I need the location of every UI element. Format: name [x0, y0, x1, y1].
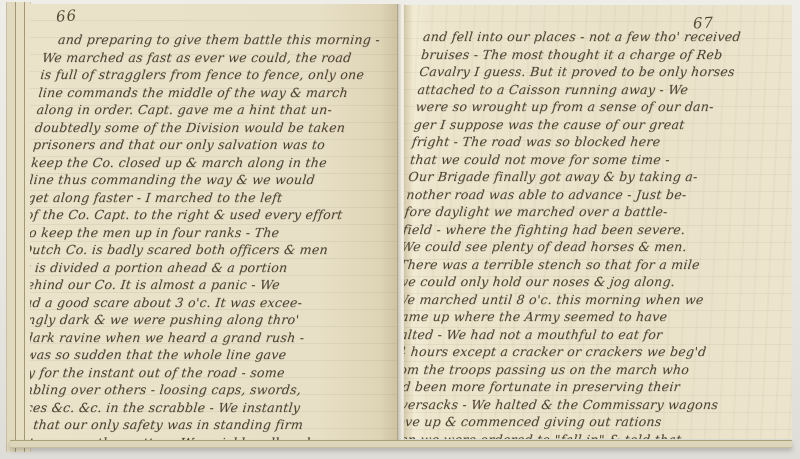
manuscript-line: pieces &c. &c. in the scrabble - We inst… — [30, 399, 342, 417]
manuscript-line: ger I suppose was the cause of our great — [413, 116, 749, 134]
manuscript-line: There was a terrible stench so that for … — [404, 256, 734, 274]
manuscript-line: Cavalry I guess. But it proved to be onl… — [418, 63, 754, 81]
manuscript-line: had been more fortunate in preserving th… — [404, 378, 721, 396]
manuscript-line: from the troops passing us on the march … — [404, 361, 723, 379]
manuscript-line: were so wrought up from a sense of our d… — [415, 98, 751, 116]
manuscript-line: along in order. Capt. gave me a hint tha… — [36, 101, 374, 119]
manuscript-line: It was so sudden that the whole line gav… — [30, 346, 348, 364]
right-page-text: and fell into our places - not a few tho… — [404, 28, 758, 439]
manuscript-line: tumbling over others - loosing caps, swo… — [30, 381, 344, 399]
manuscript-line: behind our Co. It is almost a panic - We — [30, 276, 355, 294]
left-page: 66 and preparing to give them battle thi… — [30, 4, 398, 440]
manuscript-line: 24 hours except a cracker or crackers we… — [404, 343, 725, 361]
book-leaf-edge — [16, 2, 25, 452]
manuscript-line: came up where the Army seemed to have — [404, 308, 728, 326]
manuscript-line: We marched until 8 o'c. this morning whe… — [404, 291, 730, 309]
manuscript-line: we could only hold our noses & jog along… — [404, 273, 732, 291]
manuscript-line: that we could not move for some time - — [409, 151, 745, 169]
right-page: 67 and fell into our places - not a few … — [404, 5, 792, 439]
manuscript-line: and preparing to give them battle this m… — [43, 31, 381, 49]
manuscript-line: haversacks - We halted & the Commissary … — [404, 396, 719, 414]
left-page-text: and preparing to give them battle this m… — [30, 31, 381, 440]
manuscript-line: way for the instant out of the road - so… — [30, 364, 346, 382]
manuscript-line: We marched as fast as ever we could, the… — [41, 49, 379, 67]
manuscript-line: to keep the men up in four ranks - The — [30, 224, 361, 242]
manuscript-line: line thus commanding the way & we would — [30, 171, 366, 189]
manuscript-line: and fell into our places - not a few tho… — [422, 28, 758, 46]
manuscript-line: attached to a Caisson running away - We — [417, 81, 753, 99]
manuscript-line: drove up & commenced giving out rations — [404, 413, 717, 431]
diary-scan: 66 and preparing to give them battle thi… — [0, 0, 800, 459]
manuscript-line: Our Brigade finally got away & by taking… — [407, 168, 743, 186]
book-leaf-edge — [6, 2, 16, 452]
manuscript-line: It is divided a portion ahead & a portio… — [30, 259, 357, 277]
book-bottom-edge — [10, 440, 792, 448]
manuscript-line: a dark ravine when we heard a grand rush… — [30, 329, 350, 347]
manuscript-line: We could see plenty of dead horses & men… — [404, 238, 736, 256]
manuscript-line: is full of stragglers from fence to fenc… — [39, 66, 377, 84]
manuscript-line: prisoners and that our only salvation wa… — [32, 136, 370, 154]
manuscript-line: Dutch Co. is badly scared both officers … — [30, 241, 359, 259]
manuscript-line: halted - We had not a mouthful to eat fo… — [404, 326, 726, 344]
manuscript-line: bruises - The most thought it a charge o… — [420, 46, 756, 64]
manuscript-line: doubtedly some of the Division would be … — [34, 119, 372, 137]
manuscript-line: fright - The road was so blocked here — [411, 133, 747, 151]
left-page-number: 66 — [55, 6, 77, 25]
manuscript-line: keep the Co. closed up & march along in … — [30, 154, 368, 172]
manuscript-line: of the Co. Capt. to the right & used eve… — [30, 206, 362, 224]
manuscript-line: fore daylight we marched over a battle- — [404, 203, 739, 221]
manuscript-line: line commands the middle of the way & ma… — [38, 84, 376, 102]
manuscript-line: saw that our only safety was in standing… — [30, 416, 340, 434]
manuscript-line: nother road was able to advance - Just b… — [406, 186, 742, 204]
manuscript-line: had a good scare about 3 o'c. It was exc… — [30, 294, 353, 312]
manuscript-line: get along faster - I marched to the left — [30, 189, 364, 207]
manuscript-line: field - where the fighting had been seve… — [404, 221, 738, 239]
manuscript-line: when we were ordered to "fall in" & told… — [404, 431, 715, 440]
manuscript-line: dingly dark & we were pushing along thro… — [30, 311, 351, 329]
